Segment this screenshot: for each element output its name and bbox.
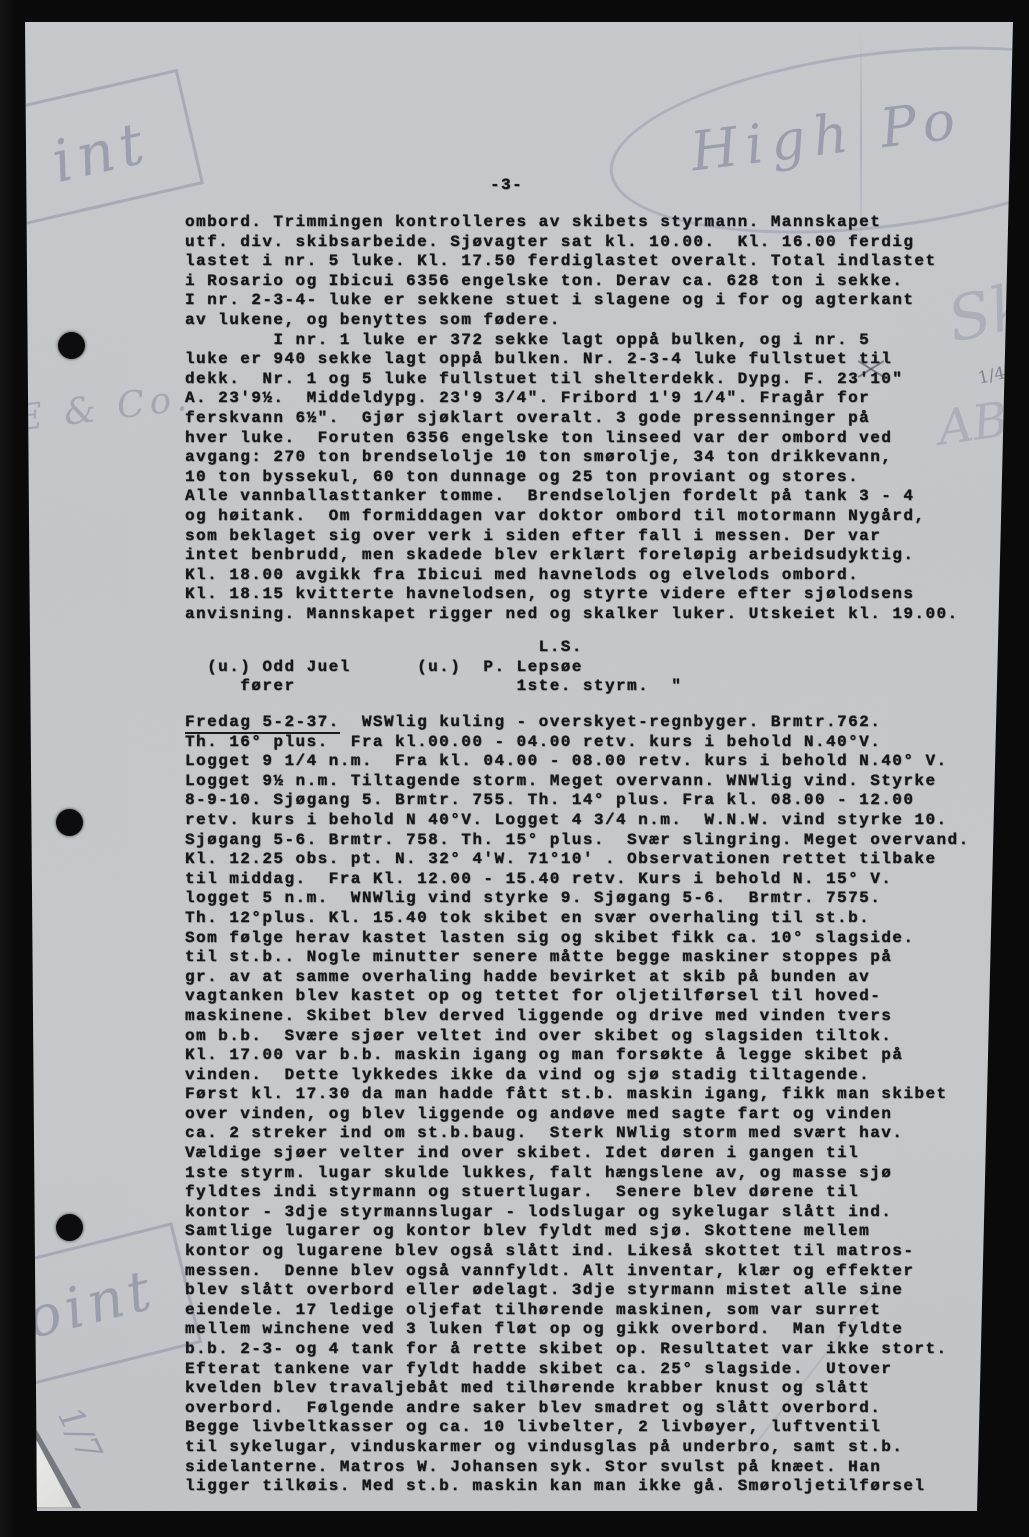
text-line: b.b. 2-3- og 4 tank for å rette skibet o… [185,1340,970,1360]
text-line: Alle vannballasttanker tomme. Brendselol… [185,487,959,507]
text-line: Vældige sjøer velter ind over skibet. Id… [185,1144,970,1164]
text-line: ligger tilkøis. Med st.b. maskin kan man… [185,1477,970,1497]
text-line: intet benbrudd, men skadede blev erklært… [185,546,959,566]
stamp-text-int: int [46,108,156,196]
text-line: eiendele. 17 ledige oljefat tilhørende m… [185,1301,970,1321]
text-line: Logget 9 1/4 n.m. Fra kl. 04.00 - 08.00 … [185,752,970,772]
stamp-text-high-point: High Po [687,88,966,184]
text-line: 1ste styrm. lugar skulde lukkes, falt hæ… [185,1164,970,1184]
text-line: over vinden, og blev liggende og andøve … [185,1105,970,1125]
text-line: gr. av at samme overhaling hadde bevirke… [185,968,970,988]
stamp-box-top-left [0,69,204,242]
text-line: L.S. [185,638,682,658]
text-line: Th. 12°plus. Kl. 15.40 tok skibet en svæ… [185,909,970,929]
text-line: lastet i nr. 5 luke. Kl. 17.50 ferdiglas… [185,252,959,272]
text-line: retv. kurs i behold N 40°V. Logget 4 3/4… [185,811,970,831]
text-line: Samtlige lugarer og kontor blev fyldt me… [185,1222,970,1242]
text-line: Som følge herav kastet lasten sig og ski… [185,929,970,949]
pencil-fraction: 1/4 [976,363,1007,388]
document-page: int High Po E & Co. Sk AB oint 1/7 1/4 -… [0,0,1029,1537]
text-line: Kl. 12.25 obs. pt. N. 32° 4'W. 71°10' . … [185,850,970,870]
text-line: Efterat tankene var fyldt hadde skibet c… [185,1360,970,1380]
text-line: 10 ton byssekul, 60 ton dunnage og 25 to… [185,468,959,488]
text-line: som beklaget sig over verk i siden efter… [185,527,959,547]
text-line: avgang: 270 ton brendselolje 10 ton smør… [185,448,959,468]
text-line: Kl. 17.00 var b.b. maskin igang og man f… [185,1046,970,1066]
entry-date: Fredag 5-2-37. [185,713,340,734]
text-line: Th. 16° plus. Fra kl.00.00 - 04.00 retv.… [185,733,970,753]
scanner-frame-left [0,0,25,1537]
signature-block: L.S. (u.) Odd Juel (u.) P. Lepsøe fører … [185,638,682,697]
text-line: Kl. 18.15 kvitterte havnelodsen, og styr… [185,585,959,605]
text-line: logget 5 n.m. WNWlig vind styrke 9. Sjøg… [185,889,970,909]
punch-hole-middle [56,809,83,836]
text-line: hver luke. Foruten 6356 engelske ton lin… [185,429,959,449]
text-line: vinden. Dette lykkedes ikke da vind og s… [185,1066,970,1086]
text-line: sidelanterne. Matros W. Johansen syk. St… [185,1458,970,1478]
text-line: I nr. 1 luke er 372 sekke lagt oppå bulk… [185,331,959,351]
text-line: Kl. 18.00 avgikk fra Ibicui med havnelod… [185,566,959,586]
stamp-text-company: E & Co. [14,377,194,439]
text-line: og høitank. Om formiddagen var doktor om… [185,507,959,527]
text-line: Sjøgang 5-6. Brmtr. 758. Th. 15° plus. S… [185,831,970,851]
entry-body: Th. 16° plus. Fra kl.00.00 - 04.00 retv.… [185,733,970,1497]
text-line: overbord. Følgende andre saker blev smad… [185,1399,970,1419]
entry-heading-line: Fredag 5-2-37. WSWlig kuling - overskyet… [185,713,970,733]
text-line: (u.) Odd Juel (u.) P. Lepsøe [185,658,682,678]
text-line: A. 23'9½. Middeldypg. 23'9 3/4". Fribord… [185,389,959,409]
text-line: ombord. Trimmingen kontrolleres av skibe… [185,213,959,233]
text-line: anvisning. Mannskapet rigger ned og skal… [185,605,959,625]
text-line: vagtanken blev kastet op og tettet for o… [185,987,970,1007]
page-number: -3- [490,176,523,196]
stamp-box-bottom-left [0,1222,202,1405]
text-line: messen. Denne blev også vannfyldt. Alt i… [185,1262,970,1282]
text-line: til st.b.. Nogle minutter senere måtte b… [185,948,970,968]
text-line: i Rosario og Ibicui 6356 engelske ton. D… [185,272,959,292]
text-line: 8-9-10. Sjøgang 5. Brmtr. 755. Th. 14° p… [185,791,970,811]
punch-hole-top [58,332,85,359]
text-line: ferskvann 6½". Gjør sjøklart overalt. 3 … [185,409,959,429]
text-line: maskinene. Skibet blev derved liggende o… [185,1007,970,1027]
text-line: Begge livbeltkasser og ca. 10 livbelter,… [185,1418,970,1438]
handwritten-mark: 1/7 [49,1401,109,1468]
text-line: utf. div. skibsarbeide. Sjøvagter sat kl… [185,233,959,253]
punch-hole-bottom [56,1214,83,1241]
log-paragraph-arrival: ombord. Trimmingen kontrolleres av skibe… [185,213,959,624]
text-line: kvelden blev travaljebåt med tilhørende … [185,1379,970,1399]
scanned-document: int High Po E & Co. Sk AB oint 1/7 1/4 -… [0,0,1029,1537]
text-line: om b.b. Svære sjøer veltet ind over skib… [185,1027,970,1047]
text-line: kontor og lugarene blev også slått ind. … [185,1242,970,1262]
text-line: I nr. 2-3-4- luke er sekkene stuet i sla… [185,291,959,311]
text-line: Først kl. 17.30 da man hadde fått st.b. … [185,1085,970,1105]
text-line: mellem winchene ved 3 luken fløt op og g… [185,1320,970,1340]
text-line: til middag. Fra Kl. 12.00 - 15.40 retv. … [185,870,970,890]
text-line: ca. 2 streker ind om st.b.baug. Sterk NW… [185,1124,970,1144]
text-line: luke er 940 sekke lagt oppå bulken. Nr. … [185,350,959,370]
text-line: til sykelugar, vinduskarmer og vindusgla… [185,1438,970,1458]
log-entry-friday: Fredag 5-2-37. WSWlig kuling - overskyet… [185,713,970,1497]
text-line: av lukene, og benyttes som fødere. [185,311,959,331]
text-line: fyldtes indi styrmann og stuertlugar. Se… [185,1183,970,1203]
text-line: Logget 9½ n.m. Tiltagende storm. Meget o… [185,772,970,792]
entry-heading-rest: WSWlig kuling - overskyet-regnbyger. Brm… [340,713,882,731]
stamp-text-oint: oint [20,1257,162,1352]
text-line: fører 1ste. styrm. " [185,677,682,697]
text-line: dekk. Nr. 1 og 5 luke fullstuet til shel… [185,370,959,390]
text-line: kontor - 3dje styrmannslugar - lodslugar… [185,1203,970,1223]
text-line: blev slått overbord eller ødelagt. 3dje … [185,1281,970,1301]
